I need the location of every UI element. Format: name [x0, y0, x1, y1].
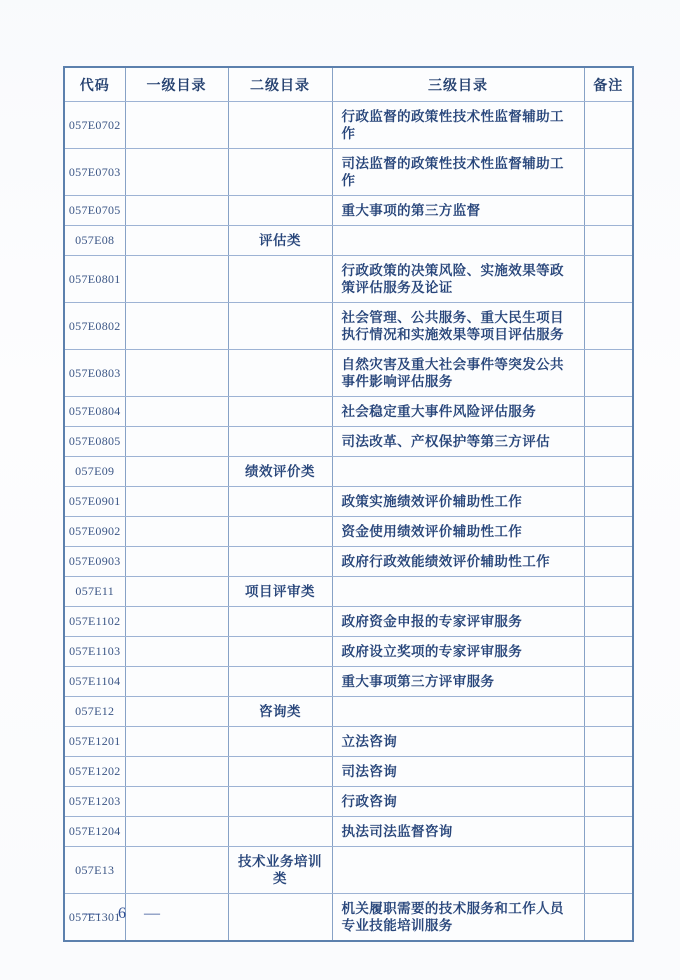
table-row: 057E1204执法司法监督咨询 — [64, 817, 633, 847]
cell-level3: 社会稳定重大事件风险评估服务 — [332, 397, 584, 427]
cell-level1 — [125, 149, 228, 196]
cell-code: 057E0805 — [64, 427, 125, 457]
cell-level3: 行政政策的决策风险、实施效果等政策评估服务及论证 — [332, 256, 584, 303]
cell-note — [584, 457, 633, 487]
header-row: 代码 一级目录 二级目录 三级目录 备注 — [64, 67, 633, 102]
cell-level1 — [125, 517, 228, 547]
cell-level3: 政府行政效能绩效评价辅助性工作 — [332, 547, 584, 577]
cell-code: 057E0803 — [64, 350, 125, 397]
cell-level2 — [228, 303, 332, 350]
table-row: 057E0902资金使用绩效评价辅助性工作 — [64, 517, 633, 547]
table-row: 057E0802社会管理、公共服务、重大民生项目执行情况和实施效果等项目评估服务 — [64, 303, 633, 350]
cell-level2 — [228, 667, 332, 697]
cell-level1 — [125, 102, 228, 149]
cell-code: 057E1203 — [64, 787, 125, 817]
cell-level1 — [125, 303, 228, 350]
cell-level3 — [332, 457, 584, 487]
cell-level1 — [125, 607, 228, 637]
column-header-level3: 三级目录 — [332, 67, 584, 102]
table-row: 057E1104重大事项第三方评审服务 — [64, 667, 633, 697]
catalog-table-header: 代码 一级目录 二级目录 三级目录 备注 — [64, 67, 633, 102]
column-header-note: 备注 — [584, 67, 633, 102]
cell-level3 — [332, 226, 584, 256]
cell-level1 — [125, 487, 228, 517]
cell-level2 — [228, 757, 332, 787]
cell-level2 — [228, 102, 332, 149]
cell-level2: 绩效评价类 — [228, 457, 332, 487]
cell-level2: 咨询类 — [228, 697, 332, 727]
cell-level1 — [125, 397, 228, 427]
cell-note — [584, 607, 633, 637]
cell-level1 — [125, 457, 228, 487]
table-row: 057E08评估类 — [64, 226, 633, 256]
cell-level2 — [228, 817, 332, 847]
cell-code: 057E0703 — [64, 149, 125, 196]
table-row: 057E0705重大事项的第三方监督 — [64, 196, 633, 226]
cell-code: 057E1104 — [64, 667, 125, 697]
cell-note — [584, 847, 633, 894]
cell-level1 — [125, 787, 228, 817]
table-row: 057E0901政策实施绩效评价辅助性工作 — [64, 487, 633, 517]
cell-code: 057E1103 — [64, 637, 125, 667]
cell-level1 — [125, 226, 228, 256]
cell-code: 057E1102 — [64, 607, 125, 637]
cell-level3: 机关履职需要的技术服务和工作人员专业技能培训服务 — [332, 894, 584, 942]
table-row: 057E0805司法改革、产权保护等第三方评估 — [64, 427, 633, 457]
cell-code: 057E0804 — [64, 397, 125, 427]
cell-code: 057E12 — [64, 697, 125, 727]
cell-level2 — [228, 787, 332, 817]
cell-level3: 重大事项的第三方监督 — [332, 196, 584, 226]
cell-level1 — [125, 667, 228, 697]
cell-note — [584, 727, 633, 757]
cell-note — [584, 757, 633, 787]
cell-level1 — [125, 427, 228, 457]
table-row: 057E1103政府设立奖项的专家评审服务 — [64, 637, 633, 667]
table-row: 057E0801行政政策的决策风险、实施效果等政策评估服务及论证 — [64, 256, 633, 303]
table-row: 057E11项目评审类 — [64, 577, 633, 607]
cell-code: 057E13 — [64, 847, 125, 894]
cell-level1 — [125, 196, 228, 226]
cell-level1 — [125, 847, 228, 894]
cell-note — [584, 667, 633, 697]
cell-level2 — [228, 637, 332, 667]
cell-level2 — [228, 894, 332, 942]
cell-level3: 行政咨询 — [332, 787, 584, 817]
cell-code: 057E08 — [64, 226, 125, 256]
cell-code: 057E09 — [64, 457, 125, 487]
cell-note — [584, 427, 633, 457]
cell-level3: 政策实施绩效评价辅助性工作 — [332, 487, 584, 517]
cell-level1 — [125, 637, 228, 667]
cell-level3: 政府资金申报的专家评审服务 — [332, 607, 584, 637]
cell-level1 — [125, 350, 228, 397]
table-row: 057E1203行政咨询 — [64, 787, 633, 817]
column-header-level1: 一级目录 — [125, 67, 228, 102]
cell-level2 — [228, 196, 332, 226]
cell-note — [584, 787, 633, 817]
cell-note — [584, 303, 633, 350]
column-header-code: 代码 — [64, 67, 125, 102]
cell-level3 — [332, 847, 584, 894]
cell-code: 057E1204 — [64, 817, 125, 847]
cell-note — [584, 637, 633, 667]
cell-code: 057E0705 — [64, 196, 125, 226]
page-number: — 6 — — [84, 905, 161, 923]
cell-note — [584, 517, 633, 547]
table-row: 057E09绩效评价类 — [64, 457, 633, 487]
cell-level2 — [228, 149, 332, 196]
cell-note — [584, 817, 633, 847]
cell-note — [584, 226, 633, 256]
table-row: 057E13技术业务培训类 — [64, 847, 633, 894]
cell-level3: 重大事项第三方评审服务 — [332, 667, 584, 697]
cell-level2 — [228, 517, 332, 547]
cell-level3 — [332, 577, 584, 607]
cell-level2 — [228, 607, 332, 637]
cell-note — [584, 577, 633, 607]
cell-level3: 司法监督的政策性技术性监督辅助工作 — [332, 149, 584, 196]
table-row: 057E0903政府行政效能绩效评价辅助性工作 — [64, 547, 633, 577]
cell-code: 057E0801 — [64, 256, 125, 303]
cell-note — [584, 397, 633, 427]
cell-note — [584, 697, 633, 727]
catalog-table-body: 057E0702行政监督的政策性技术性监督辅助工作057E0703司法监督的政策… — [64, 102, 633, 942]
table-row: 057E0804社会稳定重大事件风险评估服务 — [64, 397, 633, 427]
cell-level2 — [228, 427, 332, 457]
cell-level2 — [228, 727, 332, 757]
catalog-table: 代码 一级目录 二级目录 三级目录 备注 057E0702行政监督的政策性技术性… — [63, 66, 634, 942]
cell-note — [584, 149, 633, 196]
table-row: 057E1202司法咨询 — [64, 757, 633, 787]
table-row: 057E0703司法监督的政策性技术性监督辅助工作 — [64, 149, 633, 196]
cell-level2 — [228, 397, 332, 427]
cell-level1 — [125, 757, 228, 787]
table-row: 057E12咨询类 — [64, 697, 633, 727]
cell-code: 057E0902 — [64, 517, 125, 547]
cell-code: 057E11 — [64, 577, 125, 607]
table-row: 057E0702行政监督的政策性技术性监督辅助工作 — [64, 102, 633, 149]
cell-level3: 政府设立奖项的专家评审服务 — [332, 637, 584, 667]
cell-note — [584, 487, 633, 517]
cell-level1 — [125, 256, 228, 303]
cell-level2 — [228, 547, 332, 577]
cell-level3: 自然灾害及重大社会事件等突发公共事件影响评估服务 — [332, 350, 584, 397]
cell-note — [584, 256, 633, 303]
cell-note — [584, 894, 633, 942]
cell-level3: 执法司法监督咨询 — [332, 817, 584, 847]
cell-note — [584, 196, 633, 226]
table-row: 057E1201立法咨询 — [64, 727, 633, 757]
cell-code: 057E0802 — [64, 303, 125, 350]
cell-level2: 技术业务培训类 — [228, 847, 332, 894]
cell-level2: 评估类 — [228, 226, 332, 256]
cell-note — [584, 350, 633, 397]
cell-level2 — [228, 350, 332, 397]
cell-level3: 社会管理、公共服务、重大民生项目执行情况和实施效果等项目评估服务 — [332, 303, 584, 350]
cell-level2 — [228, 256, 332, 303]
cell-level3: 立法咨询 — [332, 727, 584, 757]
cell-code: 057E0702 — [64, 102, 125, 149]
cell-level1 — [125, 577, 228, 607]
cell-level1 — [125, 697, 228, 727]
cell-level1 — [125, 547, 228, 577]
cell-level3: 资金使用绩效评价辅助性工作 — [332, 517, 584, 547]
cell-note — [584, 102, 633, 149]
cell-level3: 司法咨询 — [332, 757, 584, 787]
cell-level3 — [332, 697, 584, 727]
cell-level2: 项目评审类 — [228, 577, 332, 607]
column-header-level2: 二级目录 — [228, 67, 332, 102]
cell-code: 057E1202 — [64, 757, 125, 787]
cell-code: 057E0901 — [64, 487, 125, 517]
cell-code: 057E1201 — [64, 727, 125, 757]
table-row: 057E1102政府资金申报的专家评审服务 — [64, 607, 633, 637]
cell-note — [584, 547, 633, 577]
cell-level3: 司法改革、产权保护等第三方评估 — [332, 427, 584, 457]
table-row: 057E0803自然灾害及重大社会事件等突发公共事件影响评估服务 — [64, 350, 633, 397]
cell-level2 — [228, 487, 332, 517]
cell-code: 057E0903 — [64, 547, 125, 577]
cell-level1 — [125, 817, 228, 847]
cell-level1 — [125, 727, 228, 757]
cell-level3: 行政监督的政策性技术性监督辅助工作 — [332, 102, 584, 149]
